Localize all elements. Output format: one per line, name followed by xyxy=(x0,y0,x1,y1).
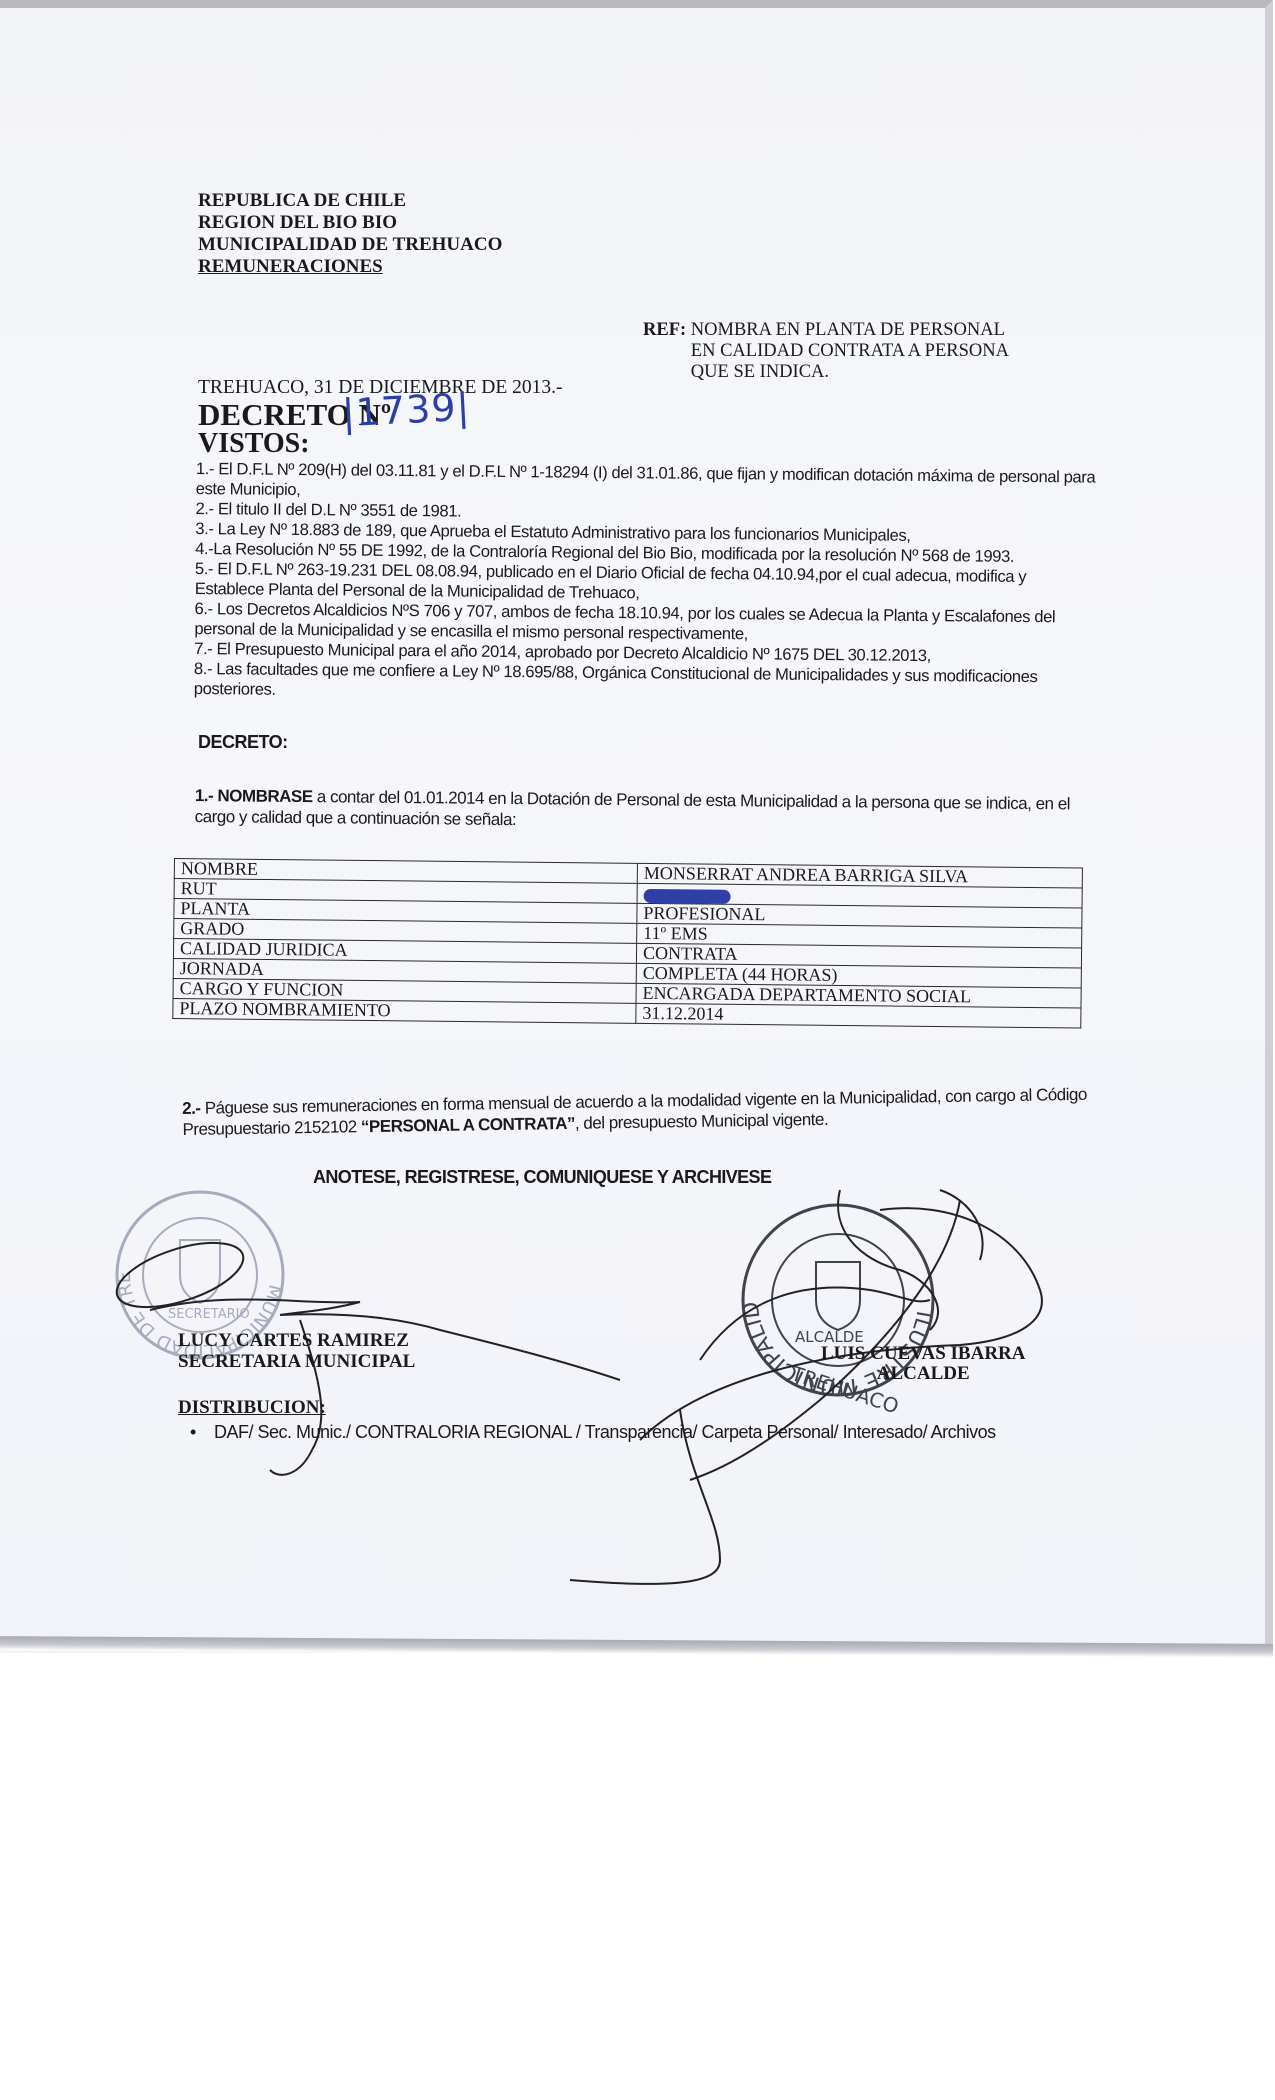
budget-item-name: “PERSONAL A CONTRATA” xyxy=(361,1114,575,1136)
mayor-name: LUIS CUEVAS IBARRA xyxy=(821,1344,1025,1364)
decreto-section-title: DECRETO: xyxy=(198,732,288,753)
vistos-list: 1.- El D.F.L Nº 209(H) del 03.11.81 y el… xyxy=(194,459,1096,708)
row-value: 31.12.2014 xyxy=(636,1003,1081,1028)
reference-label: REF: xyxy=(643,320,686,340)
distribution-title: DISTRIBUCION: xyxy=(178,1397,326,1419)
secretary-name: LUCY CARTES RAMIREZ xyxy=(178,1330,415,1351)
handwritten-decree-number: |1739| xyxy=(341,385,471,436)
article-1: 1.- NOMBRASE a contar del 01.01.2014 en … xyxy=(195,785,1095,836)
vistos-title: VISTOS: xyxy=(198,428,310,460)
department-label: REMUNERACIONES xyxy=(198,256,502,278)
mayor-signature-block: LUIS CUEVAS IBARRA ALCALDE xyxy=(821,1344,1025,1384)
row-label: PLAZO NOMBRAMIENTO xyxy=(173,998,636,1023)
reference-line: QUE SE INDICA. xyxy=(691,362,1009,383)
mayor-title: ALCALDE xyxy=(821,1364,1025,1384)
closing-formula: ANOTESE, REGISTRESE, COMUNIQUESE Y ARCHI… xyxy=(313,1167,771,1188)
article-1-lead: 1.- NOMBRASE xyxy=(195,786,313,806)
reference-line: EN CALIDAD CONTRATA A PERSONA xyxy=(691,341,1009,362)
header-line: MUNICIPALIDAD DE TREHUACO xyxy=(198,234,502,256)
appointment-table: NOMBREMONSERRAT ANDREA BARRIGA SILVA RUT… xyxy=(172,858,1083,1029)
appointment-table-wrapper: NOMBREMONSERRAT ANDREA BARRIGA SILVA RUT… xyxy=(172,858,1083,1029)
reference-line: NOMBRA EN PLANTA DE PERSONAL xyxy=(691,320,1009,341)
header-line: REPUBLICA DE CHILE xyxy=(198,190,502,212)
issuer-header: REPUBLICA DE CHILE REGION DEL BIO BIO MU… xyxy=(198,190,502,278)
bullet-icon: • xyxy=(190,1422,196,1442)
article-1-text: a contar del 01.01.2014 en la Dotación d… xyxy=(195,787,1070,829)
article-2-lead: 2.- xyxy=(182,1099,201,1118)
secretary-signature-block: LUCY CARTES RAMIREZ SECRETARIA MUNICIPAL xyxy=(178,1330,415,1372)
distribution-list: • DAF/ Sec. Munic./ CONTRALORIA REGIONAL… xyxy=(196,1422,1076,1442)
header-line: REGION DEL BIO BIO xyxy=(198,212,502,234)
redacted-rut: 12.762.942-0 xyxy=(644,889,731,904)
distribution-recipients: DAF/ Sec. Munic./ CONTRALORIA REGIONAL /… xyxy=(196,1422,1076,1442)
secretary-title: SECRETARIA MUNICIPAL xyxy=(178,1351,415,1372)
reference-block: REF: NOMBRA EN PLANTA DE PERSONAL EN CAL… xyxy=(643,320,1009,383)
